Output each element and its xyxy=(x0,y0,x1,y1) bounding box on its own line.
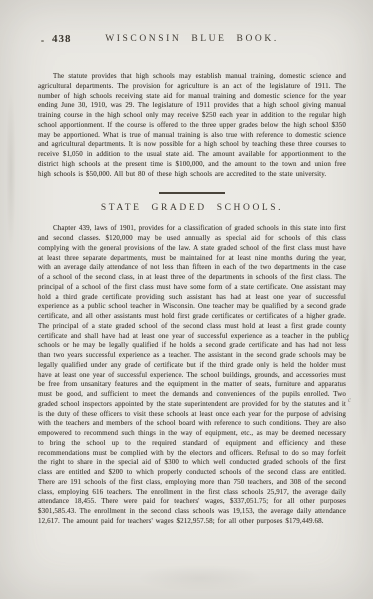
margin-artifact-numeral: 4 xyxy=(345,333,350,343)
margin-artifact-letter: c xyxy=(348,396,351,404)
section-divider-rule xyxy=(159,192,225,194)
scan-smudge xyxy=(6,90,16,250)
section-heading-state-graded-schools: STATE GRADED SCHOOLS. xyxy=(38,203,346,213)
page-content: 438 WISCONSIN BLUE BOOK. The statute pro… xyxy=(38,33,346,527)
scan-smudge xyxy=(357,250,371,450)
running-header: 438 WISCONSIN BLUE BOOK. xyxy=(38,33,346,47)
book-page-scan: 438 WISCONSIN BLUE BOOK. The statute pro… xyxy=(0,0,373,599)
paragraph-high-school-aid: The statute provides that high schools m… xyxy=(38,72,346,179)
paragraph-state-graded-schools: Chapter 439, laws of 1901, provides for … xyxy=(38,224,346,526)
running-title: WISCONSIN BLUE BOOK. xyxy=(38,34,346,44)
scan-smudge xyxy=(140,565,260,591)
